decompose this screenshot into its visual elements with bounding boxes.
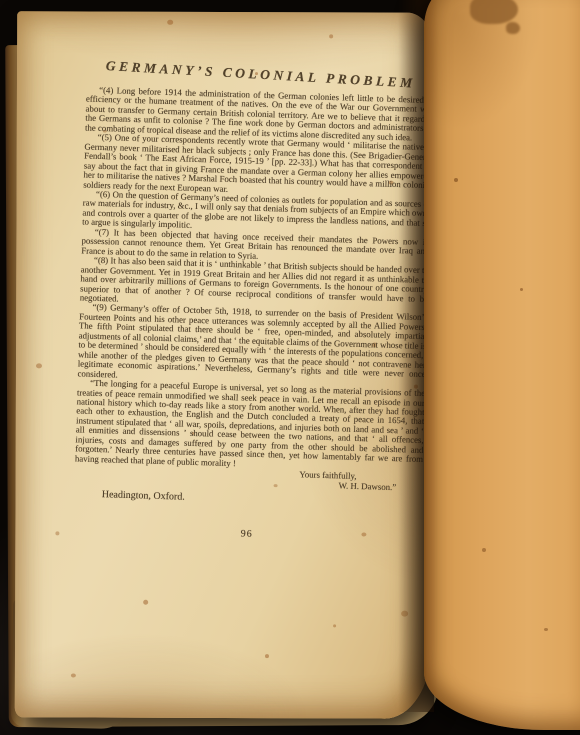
foxing-spot [55,531,59,535]
page-number: 96 [73,525,421,545]
foxing-spot [333,624,336,627]
paragraph-9: “(9) Germany’s offer of October 5th, 191… [77,303,427,389]
foxing-spot [544,628,548,631]
stain-blot [470,0,518,24]
foxing-spot [167,20,173,25]
foxing-spot [520,288,523,291]
foxing-spot [265,654,269,658]
stain-blot [506,22,520,34]
foxing-spot [454,178,458,182]
photo-background: GERMANY’S COLONIAL PROBLEM “(4) Long bef… [0,0,580,735]
paragraph-closing: “The longing for a peaceful Europe is un… [75,378,425,474]
foxing-spot [36,363,42,368]
foxing-spot [482,548,486,552]
foxing-spot [401,611,408,617]
foxing-spot [329,34,333,38]
book-left-page: GERMANY’S COLONIAL PROBLEM “(4) Long bef… [15,11,433,718]
place-line: Headington, Oxford. [74,489,422,509]
book-right-page [424,0,580,730]
printed-text-block: GERMANY’S COLONIAL PROBLEM “(4) Long bef… [73,62,435,545]
foxing-spot [143,600,148,605]
foxing-spot [71,673,76,677]
